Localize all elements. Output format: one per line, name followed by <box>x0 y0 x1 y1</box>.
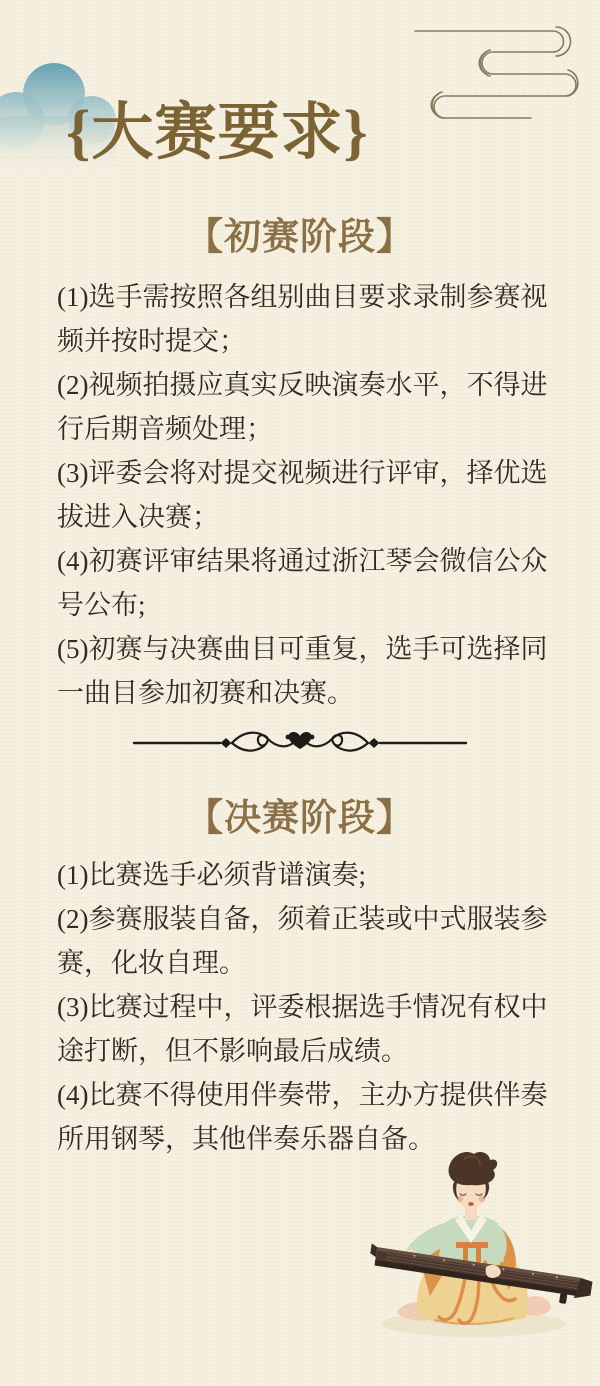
section-heading-final: 【决赛阶段】 <box>0 787 600 841</box>
requirement-line: (2)视频拍摄应真实反映演奏水平，不得进 <box>57 363 555 407</box>
requirement-line: (1)选手需按照各组别曲目要求录制参赛视 <box>57 275 555 319</box>
requirement-line: (3)评委会将对提交视频进行评审，择优选 <box>57 451 555 495</box>
requirement-line: 频并按时提交； <box>57 319 555 363</box>
final-requirements: (1)比赛选手必须背谱演奏; (2)参赛服装自备，须着正装或中式服装参 赛，化妆… <box>57 853 555 1161</box>
page-title: {大赛要求} <box>66 100 369 166</box>
requirement-line: 赛，化妆自理。 <box>57 941 555 985</box>
requirement-line: (3)比赛过程中，评委根据选手情况有权中 <box>57 985 555 1029</box>
section-heading-preliminary: 【初赛阶段】 <box>0 206 600 260</box>
guqin-player-illustration <box>352 1150 597 1386</box>
cloud-line-icon <box>413 22 595 128</box>
poster: {大赛要求} 【初赛阶段】 (1)选手需按照各组别曲目要求录制参赛视 频并按时提… <box>0 0 600 1386</box>
requirement-line: 拔进入决赛； <box>57 495 555 539</box>
requirement-line: (1)比赛选手必须背谱演奏; <box>57 853 555 897</box>
requirement-line: (5)初赛与决赛曲目可重复，选手可选择同 <box>57 627 555 671</box>
requirement-line: (4)初赛评审结果将通过浙江琴会微信公众 <box>57 539 555 583</box>
requirement-line: 一曲目参加初赛和决赛。 <box>57 671 555 715</box>
preliminary-requirements: (1)选手需按照各组别曲目要求录制参赛视 频并按时提交； (2)视频拍摄应真实反… <box>57 275 555 715</box>
requirement-line: 途打断，但不影响最后成绩。 <box>57 1029 555 1073</box>
requirement-line: (2)参赛服装自备，须着正装或中式服装参 <box>57 897 555 941</box>
requirement-line: 号公布; <box>57 583 555 627</box>
requirement-line: (4)比赛不得使用伴奏带，主办方提供伴奏 <box>57 1073 555 1117</box>
divider-ornament <box>131 728 469 758</box>
requirement-line: 行后期音频处理； <box>57 407 555 451</box>
